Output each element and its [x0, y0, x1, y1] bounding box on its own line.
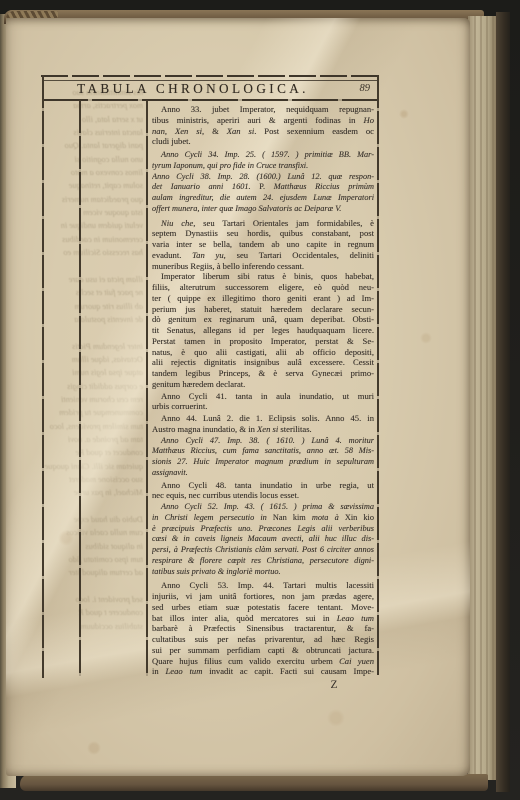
- text-line: Matthæus Riccius, cum fama sanctitatis, …: [152, 446, 374, 457]
- column-divider-2: [146, 100, 148, 676]
- book-cover-edge: [496, 12, 510, 792]
- text-line: cultatibus suis per nefas privarentur, a…: [152, 634, 374, 645]
- paragraph: Anno Cycli 47. Imp. 38. ( 1610. ) Lunâ 4…: [152, 436, 374, 479]
- text-line: filiis, alterutrum successorem eligere, …: [152, 282, 374, 293]
- body-text: Anno 33. jubet Imperator, nequidquam rep…: [152, 104, 374, 677]
- text-line: in Leao tum invadit ac capit. Facti sui …: [152, 666, 374, 677]
- text-line: Anno Cycli 48. tanta inundatio in urbe r…: [152, 480, 374, 491]
- text-line: tatibus suis privato & ingloriè mortuo.: [152, 567, 374, 578]
- text-line: Niu che, seu Tartari Orientales jam form…: [152, 218, 374, 229]
- text-line: perium jus haberet, statuit hæredem decl…: [152, 304, 374, 315]
- text-line: in Christi legem persecutio in Nan kim m…: [152, 513, 374, 524]
- text-line: varia inter se bella, tandem ab uno capi…: [152, 239, 374, 250]
- table-top-rule-outer: [41, 75, 379, 77]
- table-right-border: [377, 75, 379, 675]
- text-line: nec equis, nec curribus utendis locus es…: [152, 490, 374, 501]
- text-line: è præcipuis Præfectis uno. Præcones Legi…: [152, 524, 374, 535]
- column-divider-1: [79, 100, 81, 676]
- text-line: natus, è quo alii castigati, alii ab off…: [152, 347, 374, 358]
- text-line: cludi jubet.: [152, 136, 374, 147]
- text-line: Austro magna inundatio, & in Xen si ster…: [152, 424, 374, 435]
- paragraph: Anno Cycli 34. Imp. 25. ( 1597. ) primit…: [152, 150, 374, 172]
- page-title: TABULA CHRONOLOGICA.: [42, 81, 344, 97]
- paragraph: Imperator liberum sibi ratus è binis, qu…: [152, 271, 374, 389]
- text-line: tandem legibus Princeps, & è serva Gynec…: [152, 368, 374, 379]
- text-line: Anno Cycli 53. Imp. 44. Tartari multis l…: [152, 580, 374, 591]
- text-line: Imperator liberum sibi ratus è binis, qu…: [152, 271, 374, 282]
- text-line: injuriis, vi jam unitâ fortiores, non ja…: [152, 591, 374, 602]
- text-line: ter ( quippe ex illegitimo thoro geniti …: [152, 293, 374, 304]
- header-divider-rule: [42, 99, 378, 101]
- paragraph: Anno Cycli 52. Imp. 43. ( 1615. ) prima …: [152, 502, 374, 577]
- running-header: TABULA CHRONOLOGICA. 89: [42, 80, 378, 99]
- paragraph: Niu che, seu Tartari Orientales jam form…: [152, 218, 374, 272]
- signature-mark: Z: [324, 679, 344, 691]
- text-line: sui per summam perfidiam capti & obtrunc…: [152, 645, 374, 656]
- book-bottom-edge: [20, 774, 488, 791]
- text-line: Quare hujus filius cum valido exercitu u…: [152, 656, 374, 667]
- paragraph: Anno Cycli 41. tanta in aula inundatio, …: [152, 391, 374, 413]
- paragraph: Anno 33. jubet Imperator, nequidquam rep…: [152, 104, 374, 147]
- paragraph: Anno Cycli 48. tanta inundatio in urbe r…: [152, 480, 374, 502]
- text-line: cæsi & in caveis ligneis Macaum avecti, …: [152, 534, 374, 545]
- text-line: tyrum Iaponum, qui pro fide in Cruce tra…: [152, 161, 374, 172]
- text-line: Perstat tamen in proposito Imperator, pe…: [152, 336, 374, 347]
- text-line: barbarè à Præfectis Sinensibus tractaren…: [152, 623, 374, 634]
- text-line: Anno 44. Lunâ 2. die 1. Eclipsis solis. …: [152, 413, 374, 424]
- text-line: tit Senatus, allegans id per leges haudq…: [152, 325, 374, 336]
- text-line: sed urbes etiam suæ potestatis facere te…: [152, 602, 374, 613]
- text-line: Anno Cycli 52. Imp. 43. ( 1615. ) prima …: [152, 502, 374, 513]
- text-line: genitum hæredem declarat.: [152, 379, 374, 390]
- book-fore-edge: [468, 16, 496, 780]
- text-line: persi, à Præfectis Christianis clàm serv…: [152, 545, 374, 556]
- page: his similitudinem suomox pertractis, arm…: [6, 18, 470, 776]
- text-line: alii rejectis dignitatis insignibus aulâ…: [152, 357, 374, 368]
- text-line: nan, Xen si, & Xan si. Post sexennium ea…: [152, 126, 374, 137]
- text-line: Anno Cycli 41. tanta in aula inundatio, …: [152, 391, 374, 402]
- text-line: aulam ingreditur, die autem 24. ejusdem …: [152, 193, 374, 204]
- text-line: Anno Cycli 47. Imp. 38. ( 1610. ) Lunâ 4…: [152, 436, 374, 447]
- paragraph: Anno Cycli 38. Imp. 28. (1600.) Lunâ 12.…: [152, 172, 374, 215]
- text-line: septem Dynastiis seu hordis, quibus cons…: [152, 228, 374, 239]
- page-number: 89: [360, 83, 371, 94]
- paragraph: Anno 44. Lunâ 2. die 1. Eclipsis solis. …: [152, 413, 374, 435]
- text-line: tibus ministris, aperiri auri & argenti …: [152, 115, 374, 126]
- book-photograph: his similitudinem suomox pertractis, arm…: [0, 0, 520, 800]
- text-line: assignavit.: [152, 468, 374, 479]
- text-line: dò genitum ex reginarum unâ, quam deperi…: [152, 314, 374, 325]
- table-left-border: [42, 75, 44, 678]
- text-line: evadunt. Tan yu, seu Tartari Occidentale…: [152, 250, 374, 261]
- text-line: urbis corruerint.: [152, 401, 374, 412]
- paragraph: Anno Cycli 53. Imp. 44. Tartari multis l…: [152, 580, 374, 677]
- text-line: Anno Cycli 34. Imp. 25. ( 1597. ) primit…: [152, 150, 374, 161]
- text-line: bat illos inter alia, quòd mercatores su…: [152, 613, 374, 624]
- text-line: respirare & florere cœpit res Christiana…: [152, 556, 374, 567]
- text-line: sionis 27. Huic Imperator magnum prædium…: [152, 457, 374, 468]
- text-line: Anno 33. jubet Imperator, nequidquam rep…: [152, 104, 374, 115]
- text-line: muneribus Regiis, à bello inferendo cess…: [152, 261, 374, 272]
- text-line: offert munera, inter quæ Imago Salvatori…: [152, 204, 374, 215]
- text-line: det Ianuario anni 1601. P. Matthæus Ricc…: [152, 182, 374, 193]
- text-line: Anno Cycli 38. Imp. 28. (1600.) Lunâ 12.…: [152, 172, 374, 183]
